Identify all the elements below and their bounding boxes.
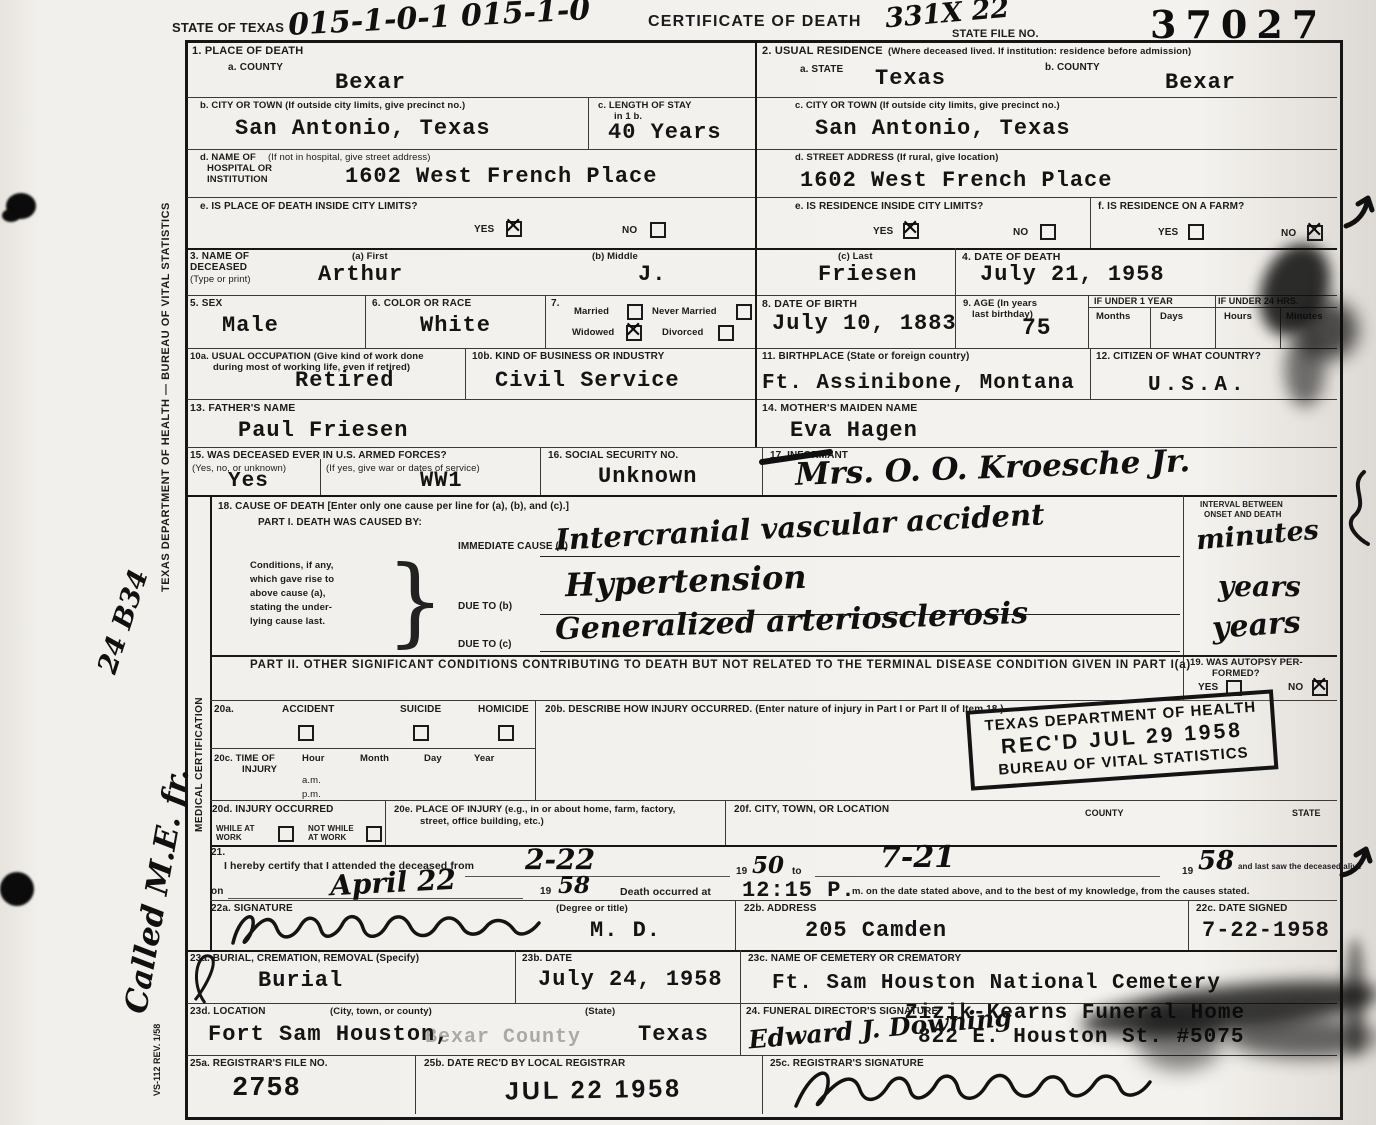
while-at-work-label-1: WHILE AT	[216, 824, 255, 833]
suicide-label: SUICIDE	[400, 704, 441, 715]
pm-label: p.m.	[302, 789, 321, 800]
burial-location-faint: Bexar County	[425, 1026, 581, 1049]
scan-ink-blob	[0, 872, 34, 906]
scan-ink-blob	[2, 209, 20, 222]
degree-title-label: (Degree or title)	[556, 903, 628, 914]
interval-header-1: INTERVAL BETWEEN	[1200, 500, 1283, 509]
conditions-brace: }	[386, 545, 445, 657]
divider-line	[1188, 900, 1189, 950]
margin-arrow-mark	[1340, 845, 1374, 885]
burial-date-value: July 24, 1958	[538, 967, 723, 992]
homicide-checkbox	[498, 725, 514, 741]
burial-location-note-2: (State)	[585, 1006, 615, 1017]
immediate-cause-label: IMMEDIATE CAUSE (a)	[458, 541, 568, 552]
injury-state-label: STATE	[1292, 808, 1321, 818]
cause-c-line	[540, 651, 1180, 652]
divider-line	[187, 950, 1337, 952]
not-while-at-work-label-2: AT WORK	[308, 833, 346, 842]
divider-line	[415, 1055, 416, 1114]
day-label: Day	[424, 753, 442, 764]
physician-signature	[225, 905, 545, 950]
interval-header-2: ONSET AND DEATH	[1204, 510, 1282, 519]
autopsy-no-checkbox	[1312, 680, 1328, 696]
registrar-recd-label: 25b. DATE REC'D BY LOCAL REGISTRAR	[424, 1058, 625, 1069]
certify-number: 21.	[211, 847, 225, 858]
registrar-recd-stamp: JUL 22 1958	[505, 1074, 683, 1106]
registrar-signature	[790, 1062, 1170, 1114]
registrar-file-value: 2758	[232, 1074, 301, 1104]
injury-occurred-label: 20d. INJURY OCCURRED	[212, 804, 333, 815]
death-certificate-scan: STATE OF TEXAS 015-1-0-1 015-1-0 CERTIFI…	[0, 0, 1376, 1125]
injury-20a-label: 20a.	[214, 704, 234, 715]
interval-b-value: years	[1218, 570, 1301, 603]
time-of-injury-label-2: INJURY	[242, 764, 277, 775]
registrar-file-label: 25a. REGISTRAR'S FILE NO.	[190, 1058, 328, 1069]
accident-label: ACCIDENT	[282, 704, 334, 715]
margin-ink-squiggle	[1342, 468, 1372, 548]
not-while-at-work-checkbox	[366, 826, 382, 842]
autopsy-no-label: NO	[1288, 682, 1303, 693]
not-while-at-work-label-1: NOT WHILE	[308, 824, 354, 833]
suicide-checkbox	[413, 725, 429, 741]
margin-form-number: VS-112 REV. 1/58	[152, 1024, 162, 1096]
year-19-c: 19	[540, 886, 551, 897]
divider-line	[515, 950, 516, 1003]
injury-location-label: 20f. CITY, TOWN, OR LOCATION	[734, 804, 889, 815]
burial-location-city: Fort Sam Houston,	[208, 1022, 449, 1047]
burial-type-value: Burial	[258, 968, 343, 993]
death-time-value: 12:15 P.	[742, 878, 856, 903]
cause-a-line	[540, 556, 1180, 557]
burial-date-label: 23b. DATE	[522, 953, 572, 964]
last-seen-alive-date: April 22	[329, 863, 457, 903]
hour-label: Hour	[302, 753, 325, 764]
year-19-b: 19	[1182, 866, 1193, 877]
physician-address-label: 22b. ADDRESS	[744, 903, 817, 914]
autopsy-label-1: 19. WAS AUTOPSY PER-	[1190, 657, 1303, 668]
part2-label: PART II. OTHER SIGNIFICANT CONDITIONS CO…	[250, 659, 1191, 671]
due-to-c-label: DUE TO (c)	[458, 639, 512, 650]
year-19-a: 19	[736, 866, 747, 877]
place-of-injury-label-1: 20e. PLACE OF INJURY (e.g., in or about …	[394, 804, 675, 815]
scan-smudge	[1285, 332, 1325, 407]
conditions-note-2: which gave rise to	[250, 574, 334, 585]
to-label: to	[792, 866, 802, 877]
physician-address-value: 205 Camden	[805, 918, 947, 943]
margin-medical-certification-text: MEDICAL CERTIFICATION	[194, 697, 205, 832]
interval-c-value: years	[1211, 605, 1302, 646]
divider-line	[210, 655, 1337, 657]
while-at-work-checkbox	[278, 826, 294, 842]
divider-line	[735, 900, 736, 950]
burial-location-state: Texas	[638, 1022, 709, 1047]
date-signed-value: 7-22-1958	[1202, 918, 1330, 943]
attended-to-year: 58	[1198, 846, 1234, 876]
accident-checkbox	[298, 725, 314, 741]
divider-line	[762, 1055, 763, 1114]
month-label: Month	[360, 753, 389, 764]
divider-line	[725, 800, 726, 845]
blank-line	[465, 876, 730, 877]
divider-line	[210, 495, 212, 950]
time-of-injury-label-1: 20c. TIME OF	[214, 753, 275, 764]
cemetery-label: 23c. NAME OF CEMETERY OR CREMATORY	[748, 953, 961, 964]
margin-ink-loop	[185, 948, 245, 1008]
am-label: a.m.	[302, 775, 321, 786]
divider-line	[210, 845, 1337, 847]
certify-text-4: m. on the date stated above, and to the …	[852, 886, 1250, 897]
scan-smudge	[1345, 938, 1365, 1056]
year-label: Year	[474, 753, 494, 764]
certify-text-3: Death occurred at	[620, 886, 711, 898]
margin-arrow-mark	[1344, 192, 1376, 232]
divider-line	[535, 700, 536, 800]
conditions-note-3: above cause (a),	[250, 588, 326, 599]
homicide-label: HOMICIDE	[478, 704, 529, 715]
attended-from-year: 50	[752, 852, 784, 879]
burial-location-label: 23d. LOCATION	[190, 1006, 266, 1017]
conditions-note-4: stating the under-	[250, 602, 332, 613]
last-seen-alive-year: 58	[558, 872, 590, 899]
part1-label: PART I. DEATH WAS CAUSED BY:	[258, 517, 422, 528]
divider-line	[210, 800, 1337, 801]
margin-department-text: TEXAS DEPARTMENT OF HEALTH — BUREAU OF V…	[160, 202, 172, 592]
due-to-b-label: DUE TO (b)	[458, 601, 512, 612]
autopsy-yes-label: YES	[1198, 682, 1218, 693]
conditions-note-5: lying cause last.	[250, 616, 325, 627]
place-of-injury-label-2: street, office building, etc.)	[420, 816, 544, 827]
date-signed-label: 22c. DATE SIGNED	[1196, 903, 1287, 914]
conditions-note-1: Conditions, if any,	[250, 560, 334, 571]
while-at-work-label-2: WORK	[216, 833, 242, 842]
divider-line	[385, 800, 386, 845]
attended-to-date: 7-21	[880, 840, 955, 875]
blank-line	[815, 876, 1160, 877]
burial-location-note-1: (City, town, or county)	[330, 1006, 432, 1017]
cause-of-death-title: 18. CAUSE OF DEATH [Enter only one cause…	[218, 501, 569, 512]
describe-injury-label: 20b. DESCRIBE HOW INJURY OCCURRED. (Ente…	[545, 704, 1004, 715]
scan-smudge	[1135, 1002, 1225, 1070]
injury-county-label: COUNTY	[1085, 808, 1124, 818]
degree-value: M. D.	[590, 918, 661, 943]
divider-line	[210, 748, 535, 749]
autopsy-label-2: FORMED?	[1212, 668, 1260, 679]
cemetery-value: Ft. Sam Houston National Cemetery	[772, 972, 1221, 995]
on-label: on	[211, 886, 223, 897]
